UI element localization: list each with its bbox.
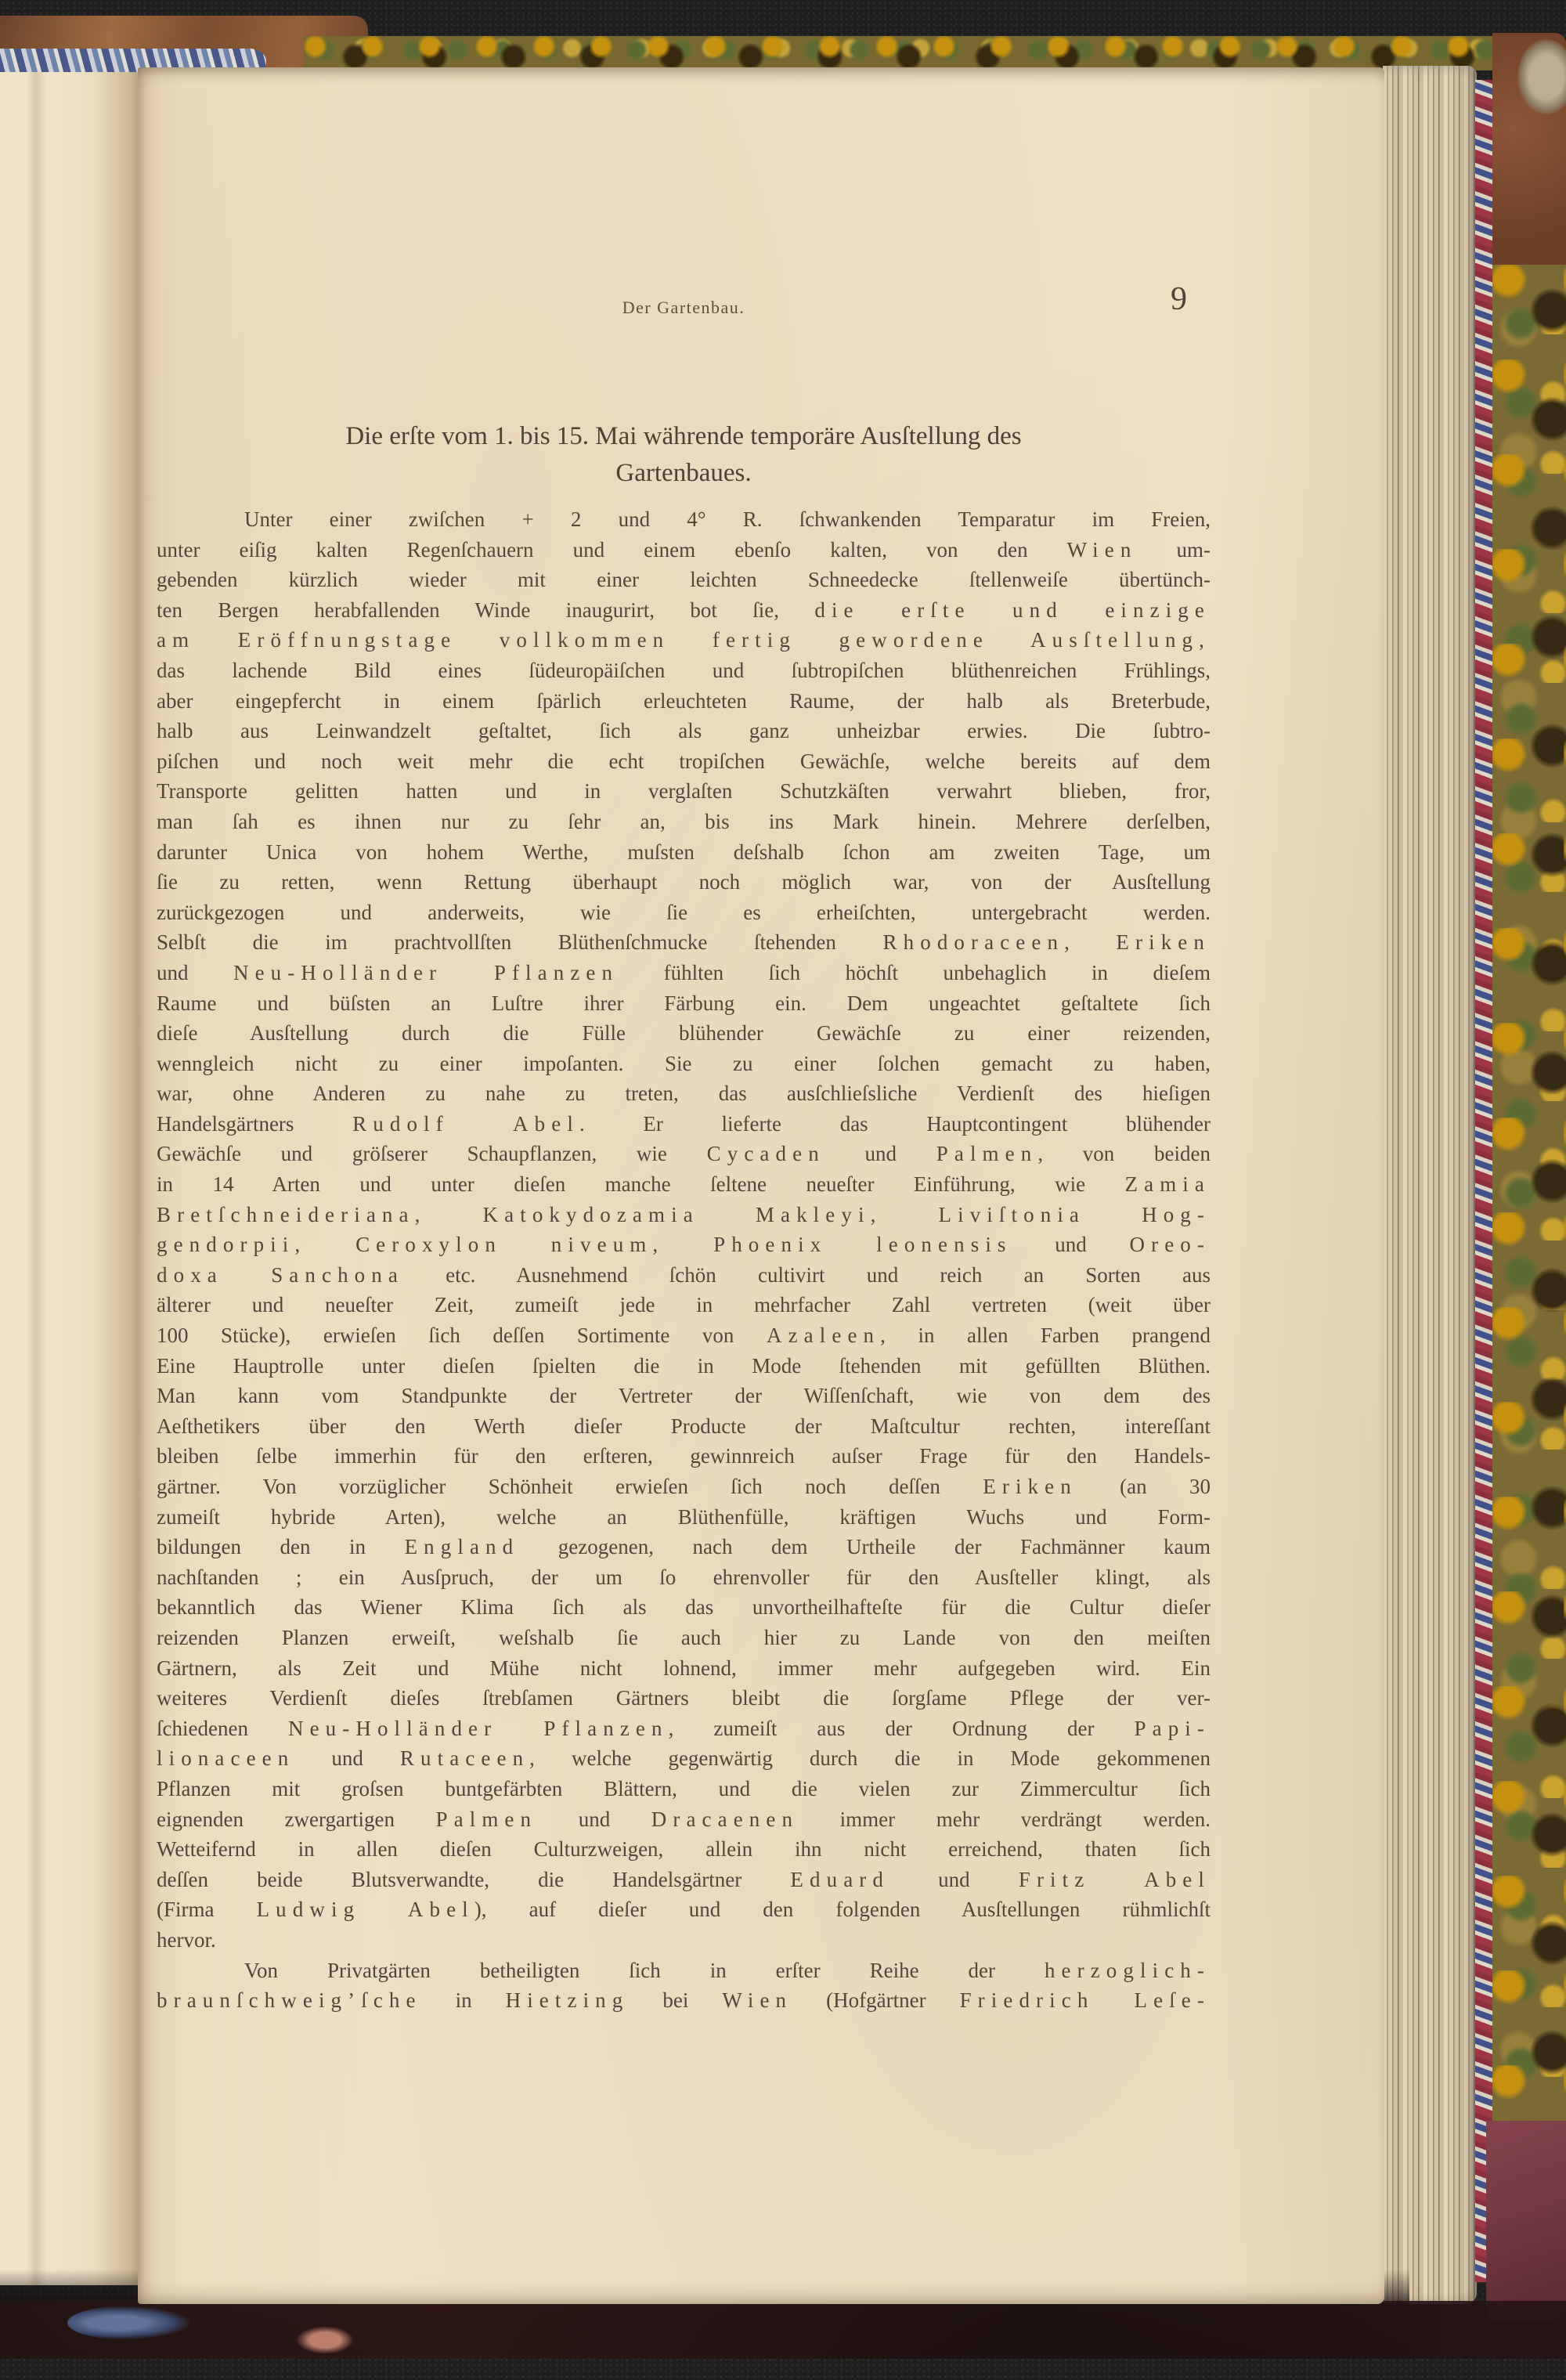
text-line: unter eiſig kalten Regenſchauern und ein… xyxy=(157,535,1211,565)
text-line: deſſen beide Blutsverwandte, die Handels… xyxy=(157,1865,1211,1895)
letterspaced-term: Wien xyxy=(722,1988,792,2012)
text-line: bildungen den in England gezogenen, nach… xyxy=(157,1532,1211,1562)
page-number: 9 xyxy=(1140,280,1187,318)
letterspaced-term: Palmen xyxy=(936,1142,1038,1165)
article-heading-line2: Gartenbaues. xyxy=(157,455,1211,492)
letterspaced-term: doxa Sanchona xyxy=(157,1263,404,1287)
text-line: Gewächſe und gröſserer Schaupflanzen, wi… xyxy=(157,1139,1211,1169)
letterspaced-term: Eriken xyxy=(1116,930,1211,954)
text-line: Wetteifernd in allen dieſen Culturzweige… xyxy=(157,1834,1211,1865)
letterspaced-term: Papi- xyxy=(1135,1717,1211,1740)
article-heading-line1: Die erſte vom 1. bis 15. Mai währende te… xyxy=(157,418,1211,455)
text-line: Man kann vom Standpunkte der Vertreter d… xyxy=(157,1381,1211,1411)
letterspaced-term: Palmen xyxy=(436,1808,538,1831)
letterspaced-term: am Eröffnungstage vollkommen fertig gewo… xyxy=(157,628,1211,652)
letterspaced-term: Rhodoraceen xyxy=(883,930,1065,954)
letterspaced-term: Neu-Holländer Pflanzen xyxy=(233,961,619,984)
text-line: piſchen und noch weit mehr die echt trop… xyxy=(157,746,1211,777)
book-page: Der Gartenbau. 9 Die erſte vom 1. bis 15… xyxy=(138,67,1384,2304)
article-heading: Die erſte vom 1. bis 15. Mai währende te… xyxy=(157,418,1211,492)
text-line: zurückgezogen und anderweits, wie ſie es… xyxy=(157,897,1211,928)
text-line: halb aus Leinwandzelt geſtaltet, ſich al… xyxy=(157,716,1211,746)
text-line: ſchiedenen Neu-Holländer Pflanzen, zumei… xyxy=(157,1714,1211,1744)
text-line: gebenden kürzlich wieder mit einer leich… xyxy=(157,565,1211,595)
text-line: zumeiſt hybride Arten), welche an Blüthe… xyxy=(157,1502,1211,1533)
leather-corner-bottom-right xyxy=(1486,2121,1566,2320)
text-line: dieſe Ausſtellung durch die Fülle blühen… xyxy=(157,1018,1211,1049)
running-head: Der Gartenbau. xyxy=(157,298,1211,318)
letterspaced-term: Ludwig Abel xyxy=(257,1898,474,1921)
letterspaced-term: Cycaden xyxy=(707,1142,825,1165)
text-line: Unter einer zwiſchen + 2 und 4° R. ſchwa… xyxy=(157,504,1211,535)
letterspaced-term: lionaceen xyxy=(157,1746,294,1770)
letterspaced-term: gendorpii, Ceroxylon niveum, Phoenix leo… xyxy=(157,1233,1012,1256)
letterspaced-term: Rutaceen xyxy=(400,1746,529,1770)
letterspaced-term: die erſte und einzige xyxy=(814,598,1211,622)
endband-speck-bottom-left xyxy=(67,2306,193,2340)
letterspaced-term: Fritz Abel xyxy=(1019,1868,1211,1891)
letterspaced-term: Dracaenen xyxy=(651,1808,799,1831)
text-line: nachſtanden ; ein Ausſpruch, der um ſo e… xyxy=(157,1562,1211,1593)
text-line: eignenden zwergartigen Palmen und Dracae… xyxy=(157,1804,1211,1835)
text-line: gärtner. Von vorzüglicher Schönheit erwi… xyxy=(157,1472,1211,1502)
text-line: war, ohne Anderen zu nahe zu treten, das… xyxy=(157,1078,1211,1109)
letterspaced-term: Rudolf Abel xyxy=(352,1112,579,1136)
text-line: Aeſthetikers über den Werth dieſer Produ… xyxy=(157,1411,1211,1442)
text-line: ſie zu retten, wenn Rettung überhaupt no… xyxy=(157,867,1211,897)
text-line: aber eingepfercht in einem ſpärlich erle… xyxy=(157,686,1211,717)
text-line: Eine Hauptrolle unter dieſen ſpielten di… xyxy=(157,1351,1211,1381)
letterspaced-term: Zamia xyxy=(1125,1172,1211,1196)
text-line: Bretſchneideriana, Katokydozamia Makleyi… xyxy=(157,1200,1211,1230)
text-line: ten Bergen herabfallenden Winde inauguri… xyxy=(157,595,1211,626)
letterspaced-term: braunſchweig’ſche xyxy=(157,1988,422,2012)
marbled-cover-edge-top xyxy=(304,36,1506,70)
text-line: am Eröffnungstage vollkommen fertig gewo… xyxy=(157,625,1211,655)
text-line: reizenden Planzen erweiſt, weſshalb ſie … xyxy=(157,1623,1211,1653)
text-line: Handelsgärtners Rudolf Abel. Er lieferte… xyxy=(157,1109,1211,1139)
text-line: bleiben ſelbe immerhin für den erſteren,… xyxy=(157,1441,1211,1472)
text-line: darunter Unica von hohem Werthe, muſsten… xyxy=(157,837,1211,868)
text-line: lionaceen und Rutaceen, welche gegenwärt… xyxy=(157,1743,1211,1774)
text-line: Selbſt die im prachtvollſten Blüthenſchm… xyxy=(157,927,1211,958)
text-line: Raume und büſsten an Luſtre ihrer Färbun… xyxy=(157,988,1211,1019)
text-line: (Firma Ludwig Abel), auf dieſer und den … xyxy=(157,1894,1211,1925)
bottom-cover-strip xyxy=(0,2301,1566,2359)
letterspaced-term: herzoglich- xyxy=(1045,1959,1211,1982)
letterspaced-term: Hietzing xyxy=(506,1988,630,2012)
text-line: doxa Sanchona etc. Ausnehmend ſchön cult… xyxy=(157,1260,1211,1291)
text-line: in 14 Arten und unter dieſen manche ſelt… xyxy=(157,1169,1211,1200)
letterspaced-term: Neu-Holländer Pflanzen xyxy=(288,1717,669,1740)
text-line: Transporte gelitten hatten und in vergla… xyxy=(157,776,1211,807)
text-line: und Neu-Holländer Pflanzen fühlten ſich … xyxy=(157,958,1211,988)
text-line: man ſah es ihnen nur zu ſehr an, bis ins… xyxy=(157,807,1211,837)
text-line: Gärtnern, als Zeit und Mühe nicht lohnen… xyxy=(157,1653,1211,1684)
page-edges-right xyxy=(1383,66,1477,2304)
body-text: Unter einer zwiſchen + 2 und 4° R. ſchwa… xyxy=(157,504,1211,2016)
marbled-cover-edge-right xyxy=(1492,265,1566,2125)
text-line: weiteres Verdienſt dieſes ſtrebſamen Gär… xyxy=(157,1683,1211,1714)
letterspaced-term: Friedrich Leſe- xyxy=(960,1988,1211,2012)
text-line: hervor. xyxy=(157,1925,1211,1956)
letterspaced-term: Oreo- xyxy=(1130,1233,1211,1256)
text-line: gendorpii, Ceroxylon niveum, Phoenix leo… xyxy=(157,1230,1211,1260)
letterspaced-term: Azaleen xyxy=(767,1324,880,1347)
text-line: Von Privatgärten betheiligten ſich in er… xyxy=(157,1956,1211,1986)
letterspaced-term: England xyxy=(405,1535,520,1558)
text-line: 100 Stücke), erwieſen ſich deſſen Sortim… xyxy=(157,1320,1211,1351)
text-line: älterer und neueſter Zeit, zumeiſt jede … xyxy=(157,1290,1211,1320)
leather-speck-bottom xyxy=(296,2326,354,2354)
book-scan: Der Gartenbau. 9 Die erſte vom 1. bis 15… xyxy=(0,0,1566,2380)
text-line: wenngleich nicht zu einer impoſanten. Si… xyxy=(157,1049,1211,1079)
letterspaced-term: Eduard xyxy=(790,1868,889,1891)
letterspaced-term: Eriken xyxy=(983,1475,1077,1498)
left-page-fold xyxy=(0,72,139,2285)
text-line: bekanntlich das Wiener Klima ſich als da… xyxy=(157,1592,1211,1623)
letterspaced-term: Bretſchneideriana, Katokydozamia Makleyi… xyxy=(157,1203,1211,1226)
text-line: das lachende Bild eines ſüdeuropäiſchen … xyxy=(157,655,1211,686)
letterspaced-term: Wien xyxy=(1067,538,1138,562)
text-line: Pflanzen mit groſsen buntgefärbten Blätt… xyxy=(157,1774,1211,1804)
text-line: braunſchweig’ſche in Hietzing bei Wien (… xyxy=(157,1985,1211,2016)
